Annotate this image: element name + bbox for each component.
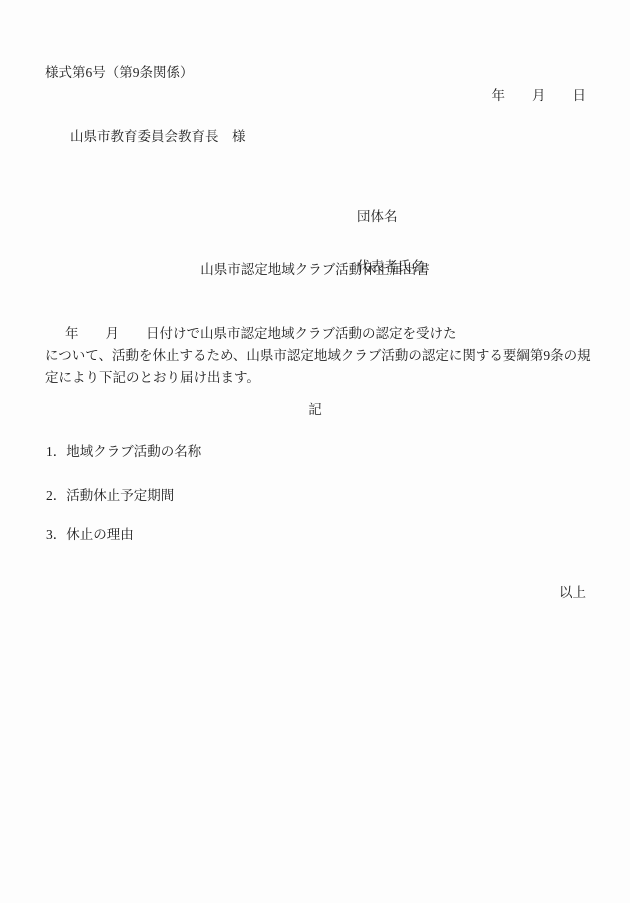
body-line-2: について、活動を休止するため、山県市認定地域クラブ活動の認定に関する要綱第9条の…	[45, 345, 586, 367]
body-line-3: 定により下記のとおり届け出ます。	[45, 367, 586, 389]
body-line-1: 年 月 日付けで山県市認定地域クラブ活動の認定を受けた	[45, 323, 586, 345]
closing-marker: 以上	[559, 586, 586, 600]
document-page: 様式第6号（第9条関係） 年 月 日 山県市教育委員会教育長 様 団体名 代表者…	[0, 0, 630, 903]
document-title: 山県市認定地域クラブ活動休止届出書	[0, 263, 630, 277]
addressee-line: 山県市教育委員会教育長 様	[70, 130, 246, 144]
list-item-club-name: 1．地域クラブ活動の名称	[46, 445, 201, 459]
body-paragraph: 年 月 日付けで山県市認定地域クラブ活動の認定を受けた について、活動を休止する…	[45, 323, 586, 389]
form-number: 様式第6号（第9条関係）	[45, 66, 194, 80]
list-item-suspension-reason: 3．休止の理由	[46, 528, 134, 542]
organization-name-label: 団体名	[357, 210, 425, 224]
sender-block: 団体名 代表者氏名	[357, 183, 425, 310]
list-item-suspension-period: 2．活動休止予定期間	[46, 489, 174, 503]
ki-marker: 記	[0, 403, 630, 417]
date-blank-line: 年 月 日	[492, 89, 587, 103]
